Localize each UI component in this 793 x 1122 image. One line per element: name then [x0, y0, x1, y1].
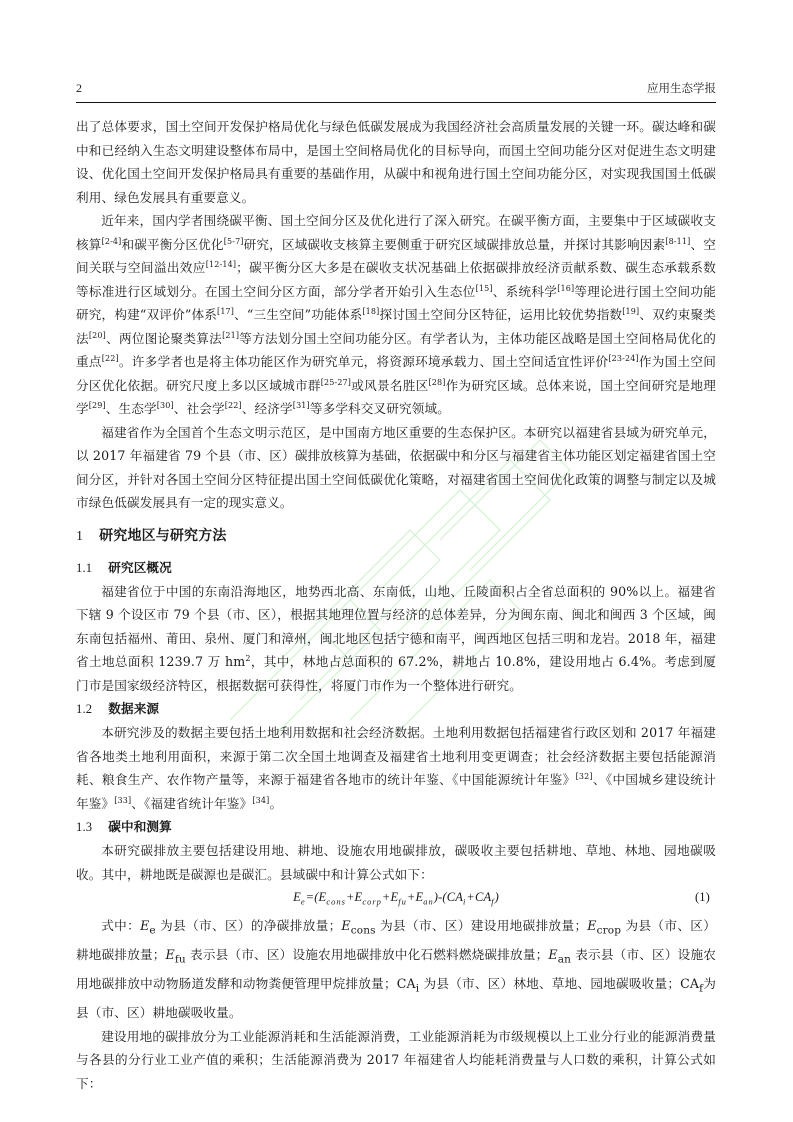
- paper-page: 2 应用生态学报 出了总体要求，国土空间开发保护格局优化与绿色低碳发展成为我国经…: [76, 78, 716, 1095]
- journal-name: 应用生态学报: [647, 80, 716, 96]
- section-heading-1: 1研究地区与研究方法: [76, 525, 716, 548]
- citation[interactable]: [5-7]: [224, 237, 244, 246]
- citation[interactable]: [19]: [622, 307, 639, 316]
- citation[interactable]: [2-4]: [102, 237, 122, 246]
- citation[interactable]: [18]: [362, 307, 379, 316]
- paragraph-variable-definitions: 式中：Ee 为县（市、区）的净碳排放量；Econs 为县（市、区）建设用地碳排放…: [76, 914, 716, 1025]
- citation[interactable]: [17]: [217, 307, 234, 316]
- subsection-heading-1-1: 1.1研究区概况: [76, 556, 716, 580]
- body-text: 出了总体要求，国土空间开发保护格局优化与绿色低碳发展成为我国经济社会高质量发展的…: [76, 115, 716, 1095]
- paragraph-construction-land-emissions: 建设用地的碳排放分为工业能源消耗和生活能源消费，工业能源消耗为市级规模以上工业分…: [76, 1025, 716, 1096]
- citation[interactable]: [31]: [293, 401, 310, 410]
- citation[interactable]: [25-27]: [321, 378, 351, 387]
- section-title: 研究地区与研究方法: [99, 528, 226, 544]
- subsection-number: 1.2: [76, 702, 92, 716]
- citation[interactable]: [30]: [157, 401, 174, 410]
- citation[interactable]: [8-11]: [665, 237, 690, 246]
- citation[interactable]: [15]: [476, 284, 493, 293]
- subsection-heading-1-2: 1.2数据来源: [76, 697, 716, 721]
- paragraph-literature-review: 近年来，国内学者围绕碳平衡、国土空间分区及优化进行了深入研究。在碳平衡方面，主要…: [76, 209, 716, 421]
- citation[interactable]: [21]: [222, 331, 239, 340]
- subsection-title: 数据来源: [108, 701, 159, 716]
- citation[interactable]: [23-24]: [608, 354, 638, 363]
- paragraph-data-sources: 本研究涉及的数据主要包括土地利用数据和社会经济数据。土地利用数据包括福建省行政区…: [76, 721, 716, 815]
- citation[interactable]: [22]: [225, 401, 242, 410]
- subsection-title: 碳中和测算: [108, 819, 172, 834]
- citation[interactable]: [20]: [89, 331, 106, 340]
- equation-number: (1): [695, 886, 710, 910]
- citation[interactable]: [34]: [252, 796, 269, 805]
- paragraph-intro-continued: 出了总体要求，国土空间开发保护格局优化与绿色低碳发展成为我国经济社会高质量发展的…: [76, 115, 716, 209]
- subsection-number: 1.3: [76, 820, 92, 834]
- paragraph-study-area: 福建省位于中国的东南沿海地区，地势西北高、东南低，山地、丘陵面积占全省总面积的 …: [76, 580, 716, 698]
- citation[interactable]: [22]: [102, 354, 119, 363]
- subsection-heading-1-3: 1.3碳中和测算: [76, 815, 716, 839]
- citation[interactable]: [16]: [557, 284, 574, 293]
- citation[interactable]: [29]: [89, 401, 106, 410]
- citation[interactable]: [33]: [114, 796, 131, 805]
- equation-1: Ee=(Econs+Ecorp+Efu+Ean)-(CAi+CAf) (1): [76, 886, 716, 914]
- subsection-number: 1.1: [76, 561, 92, 575]
- subsection-title: 研究区概况: [108, 560, 172, 575]
- section-number: 1: [76, 529, 83, 544]
- page-number: 2: [76, 81, 82, 96]
- citation[interactable]: [28]: [429, 378, 446, 387]
- citation[interactable]: [12-14]: [206, 260, 236, 269]
- running-header: 2 应用生态学报: [76, 78, 716, 103]
- paragraph-study-aim: 福建省作为全国首个生态文明示范区，是中国南方地区重要的生态保护区。本研究以福建省…: [76, 421, 716, 515]
- citation[interactable]: [32]: [576, 772, 593, 781]
- paragraph-carbon-intro: 本研究碳排放主要包括建设用地、耕地、设施农用地碳排放，碳吸收主要包括耕地、草地、…: [76, 839, 716, 886]
